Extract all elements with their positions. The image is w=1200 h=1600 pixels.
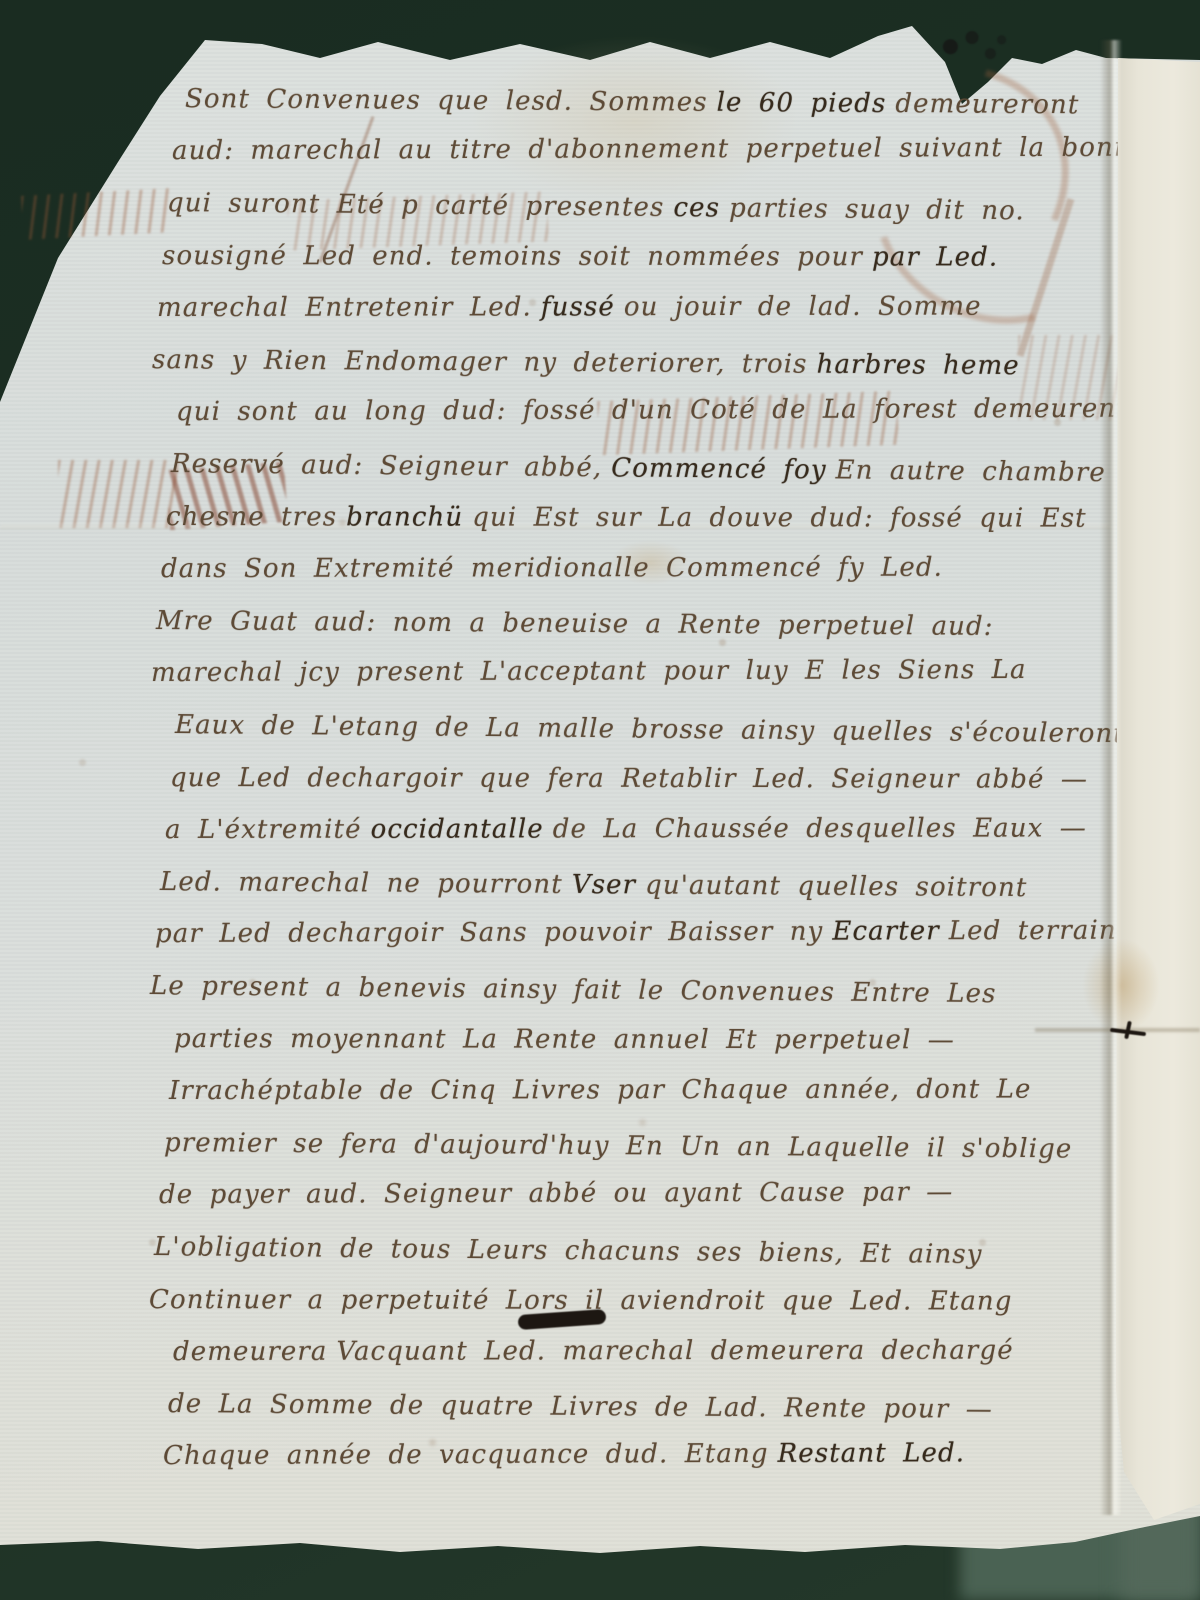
ink-text: ou jouir de lad. Somme <box>624 292 982 323</box>
reinked-dark-word: ces <box>673 193 720 223</box>
manuscript-line: Reservé aud: Seigneur abbé,Commencé foyE… <box>171 449 1115 488</box>
manuscript-line: demeureraVacquant Led. marechal demeurer… <box>173 1336 1023 1367</box>
ink-text: par Led dechargoir Sans pouvoir Baisser … <box>155 917 823 949</box>
manuscript-line: par Led dechargoir Sans pouvoir Baisser … <box>155 916 1126 949</box>
manuscript-line: de payer aud. Seigneur abbé ou ayant Cau… <box>159 1177 962 1210</box>
manuscript-line: Chaque année de vacquance dud. EtangRest… <box>163 1438 974 1471</box>
manuscript-line: de La Somme de quatre Livres de Lad. Ren… <box>168 1389 1002 1425</box>
ink-text: Led terrain <box>949 916 1117 947</box>
ink-text: Reservé aud: Seigneur abbé, <box>171 449 603 483</box>
manuscript-line: L'obligation de tous Leurs chacuns ses b… <box>154 1232 992 1270</box>
manuscript-line: Mre Guat aud: nom a beneuise a Rente per… <box>156 606 1003 642</box>
manuscript-line: marechal jcy present L'acceptant pour lu… <box>151 655 1036 688</box>
ink-text: demeureront <box>895 89 1079 120</box>
manuscript-line: aud: marechal au titre d'abonnement perp… <box>172 133 1157 166</box>
ink-text: parties suay dit no. <box>729 193 1025 226</box>
vertical-fold-shadow <box>1100 40 1122 1515</box>
reinked-dark-word: Commencé foy <box>611 453 827 485</box>
ink-text: de La Chaussée desquelles Eaux — <box>553 813 1087 844</box>
ink-text: L'obligation de tous Leurs chacuns ses b… <box>154 1232 983 1270</box>
manuscript-line: chesne tresbranchüqui Est sur La douve d… <box>166 502 1096 534</box>
ink-text: Eaux de L'etang de La malle brosse ainsy… <box>175 710 1125 749</box>
manuscript-line: a L'éxtremitéoccidantallede La Chaussée … <box>165 813 1096 845</box>
ink-text: En autre chambre <box>835 455 1106 488</box>
manuscript-line: Eaux de L'etang de La malle brosse ainsy… <box>175 710 1134 749</box>
manuscript-line: que Led dechargoir que fera Retablir Led… <box>170 763 1097 795</box>
ink-text: Mre Guat aud: nom a beneuise a Rente per… <box>156 606 994 642</box>
ink-text: aud: marechal au titre d'abonnement perp… <box>172 133 1148 166</box>
reinked-dark-word: Vser <box>572 870 637 900</box>
manuscript-line: qui suront Eté p carté presentescesparti… <box>167 188 1034 226</box>
ink-text: marechal jcy present L'acceptant pour lu… <box>151 655 1027 688</box>
second-sheet-edge <box>1112 42 1200 1522</box>
reinked-dark-word: Ecarter <box>832 916 940 946</box>
manuscript-line: dans Son Extremité meridionalle Commencé… <box>161 553 952 584</box>
manuscript-lines: Sont Convenues que lesd. Sommesle 60 pie… <box>0 0 1200 1600</box>
reinked-dark-word: Restant Led. <box>778 1438 966 1469</box>
ink-text: de payer aud. Seigneur abbé ou ayant Cau… <box>159 1177 953 1210</box>
ink-text: qui suront Eté p carté presentes <box>167 188 665 223</box>
manuscript-line: Led. marechal ne pourrontVserqu'autant q… <box>160 867 1037 903</box>
reinked-dark-word: harbres heme <box>816 350 1019 381</box>
manuscript-line: sans y Rien Endomager ny deteriorer, tro… <box>152 345 1029 381</box>
reinked-dark-word: le 60 pieds <box>717 88 887 119</box>
manuscript-line: sousigné Led end. temoins soit nommées p… <box>162 241 1007 272</box>
photo-of-manuscript: { "document": { "description": "Photogra… <box>0 0 1200 1600</box>
ink-text: marechal Entretenir Led. <box>157 292 532 323</box>
ink-text: Vacquant Led. marechal demeurera decharg… <box>336 1336 1013 1367</box>
ink-text: chesne tres <box>166 502 337 532</box>
reinked-dark-word: par Led. <box>872 242 998 272</box>
manuscript-line: qui sont au long dud: fossé d'un Coté de… <box>176 394 1137 427</box>
manuscript-line: Irrachéptable de Cinq Livres par Chaque … <box>169 1074 1041 1106</box>
ink-text: Sont Convenues que lesd. Sommes <box>185 84 708 118</box>
ink-text: qui Est sur La douve dud: fossé qui Est <box>472 503 1087 534</box>
ink-text: qui sont au long dud: fossé d'un Coté de… <box>176 394 1128 427</box>
ink-text: premier se fera d'aujourd'huy En Un an L… <box>164 1128 1073 1164</box>
ink-text: de La Somme de quatre Livres de Lad. Ren… <box>168 1389 993 1425</box>
ink-text: dans Son Extremité meridionalle Commencé… <box>161 553 943 584</box>
ink-text: Led. marechal ne pourront <box>160 867 563 900</box>
ink-text: que Led dechargoir que fera Retablir Led… <box>170 763 1088 795</box>
ink-smudge-top-edge <box>928 26 1008 72</box>
reinked-dark-word: occidantalle <box>371 814 544 844</box>
ink-text: qu'autant quelles soitront <box>645 870 1027 903</box>
ink-text: Irrachéptable de Cinq Livres par Chaque … <box>169 1074 1032 1106</box>
manuscript-line: Le present a benevis ainsy fait le Conve… <box>150 971 1006 1009</box>
reinked-dark-word: fussé <box>541 292 615 322</box>
ink-text: Chaque année de vacquance dud. Etang <box>163 1439 769 1471</box>
ink-text: sousigné Led end. temoins soit nommées p… <box>162 241 863 272</box>
manuscript-line: Sont Convenues que lesd. Sommesle 60 pie… <box>185 84 1089 120</box>
manuscript-line: parties moyennant La Rente annuel Et per… <box>174 1024 964 1055</box>
manuscript-line: premier se fera d'aujourd'huy En Un an L… <box>164 1128 1082 1164</box>
manuscript-line: marechal Entretenir Led.fusséou jouir de… <box>157 292 991 323</box>
ink-text: demeurera <box>173 1337 328 1367</box>
ink-text: sans y Rien Endomager ny deteriorer, tro… <box>152 345 808 380</box>
ink-text: a L'éxtremité <box>165 815 362 845</box>
ink-text: parties moyennant La Rente annuel Et per… <box>174 1024 955 1055</box>
ink-text: Le present a benevis ainsy fait le Conve… <box>150 971 997 1009</box>
reinked-dark-word: branchü <box>346 502 463 532</box>
